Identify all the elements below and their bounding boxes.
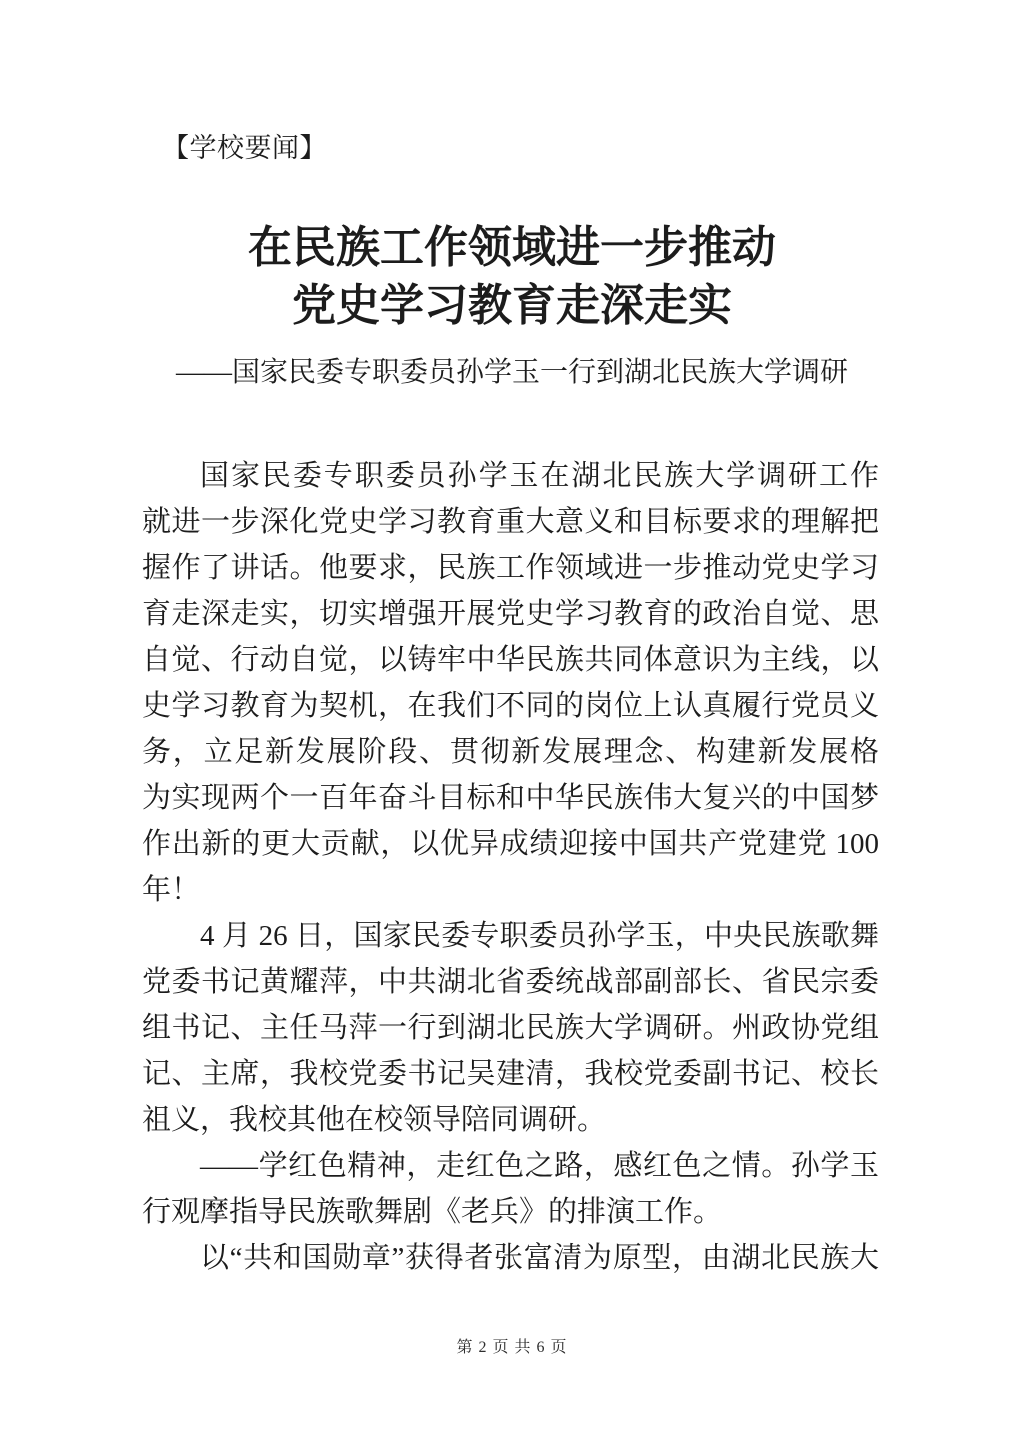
section-tag: 【学校要闻】 xyxy=(162,131,327,165)
body-line: 就进一步深化党史学习教育重大意义和目标要求的理解把 xyxy=(142,499,879,545)
body-line: 年！ xyxy=(142,867,879,913)
body-line: 记、主席，我校党委书记吴建清，我校党委副书记、校长顿 xyxy=(142,1051,879,1097)
body-line: 4 月 26 日，国家民委专职委员孙学玉，中央民族歌舞团 xyxy=(142,913,879,959)
article-body: 国家民委专职委员孙学玉在湖北民族大学调研工作时，就进一步深化党史学习教育重大意义… xyxy=(142,453,879,1281)
body-line: 自觉、行动自觉，以铸牢中华民族共同体意识为主线，以党 xyxy=(142,637,879,683)
body-line: 育走深走实，切实增强开展党史学习教育的政治自觉、思想 xyxy=(142,591,879,637)
body-line: 作出新的更大贡献，以优异成绩迎接中国共产党建党 100 周 xyxy=(142,821,879,867)
body-line: 党委书记黄耀萍，中共湖北省委统战部副部长、省民宗委党 xyxy=(142,959,879,1005)
body-line: 行观摩指导民族歌舞剧《老兵》的排演工作。 xyxy=(142,1189,879,1235)
body-line: 以“共和国勋章”获得者张富清为原型，由湖北民族大 xyxy=(142,1235,879,1281)
article-title-line-2: 党史学习教育走深走实 xyxy=(144,277,880,335)
body-line: 组书记、主任马萍一行到湖北民族大学调研。州政协党组书 xyxy=(142,1005,879,1051)
body-line: 握作了讲话。他要求，民族工作领域进一步推动党史学习教 xyxy=(142,545,879,591)
body-line: 国家民委专职委员孙学玉在湖北民族大学调研工作时， xyxy=(142,453,879,499)
article-subtitle: ——国家民委专职委员孙学玉一行到湖北民族大学调研 xyxy=(110,353,914,393)
body-line: 祖义，我校其他在校领导陪同调研。 xyxy=(142,1097,879,1143)
body-line: ——学红色精神，走红色之路，感红色之情。孙学玉一 xyxy=(142,1143,879,1189)
article-title-line-1: 在民族工作领域进一步推动 xyxy=(144,219,880,277)
document-page: 【学校要闻】 在民族工作领域进一步推动 党史学习教育走深走实 ——国家民委专职委… xyxy=(0,0,1024,1447)
article-title: 在民族工作领域进一步推动 党史学习教育走深走实 xyxy=(144,219,880,335)
body-line: 为实现两个一百年奋斗目标和中华民族伟大复兴的中国梦 xyxy=(142,775,879,821)
body-line: 务，立足新发展阶段、贯彻新发展理念、构建新发展格局， xyxy=(142,729,879,775)
page-number-footer: 第 2 页 共 6 页 xyxy=(0,1336,1024,1360)
body-line: 史学习教育为契机，在我们不同的岗位上认真履行党员义 xyxy=(142,683,879,729)
